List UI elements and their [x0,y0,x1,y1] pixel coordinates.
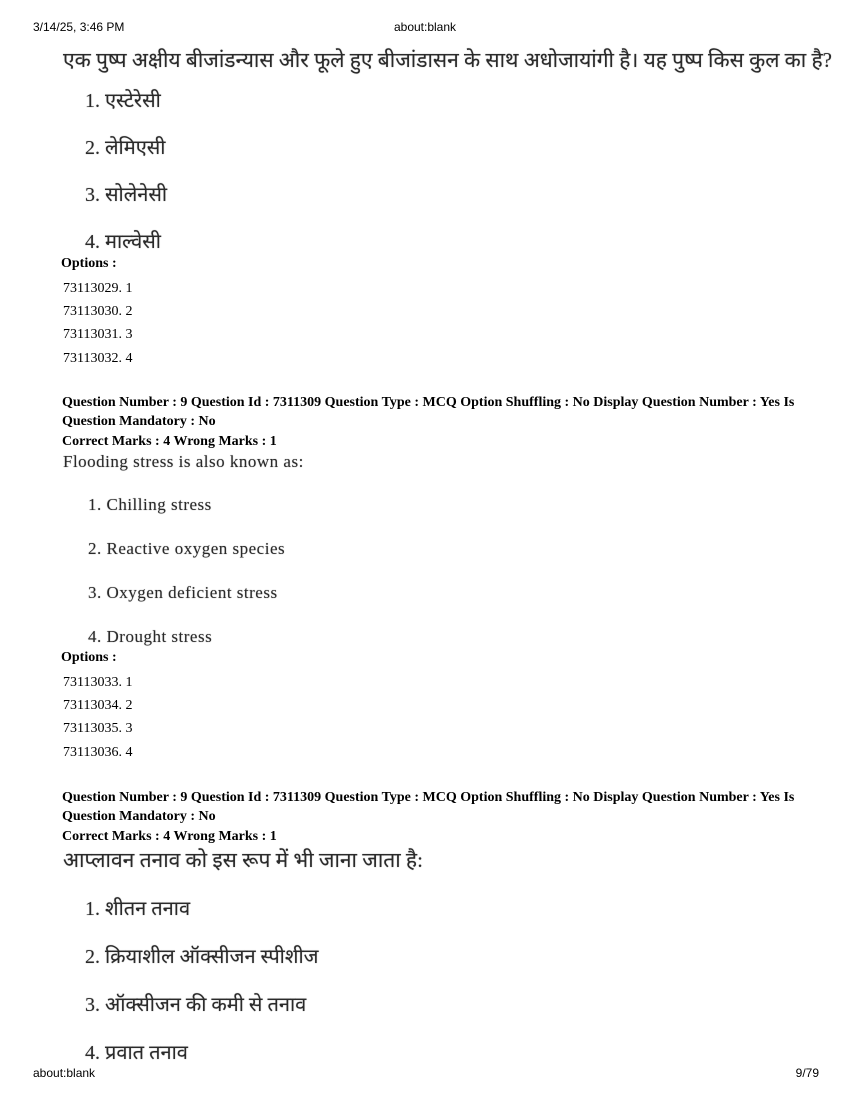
option-id: 73113030. 2 [63,300,132,323]
option-id: 73113035. 3 [63,717,132,740]
question-meta-info: Question Number : 9 Question Id : 731130… [62,394,807,431]
question-text-hindi-1: एक पुष्प अक्षीय बीजांडन्यास और फूले हुए … [63,46,832,74]
question-text-english: Flooding stress is also known as: [63,452,304,472]
option-id: 73113029. 1 [63,277,132,300]
option-id: 73113033. 1 [63,671,132,694]
print-preview-page: 3/14/25, 3:46 PM about:blank एक पुष्प अक… [0,0,850,1100]
question-meta-marks: Correct Marks : 4 Wrong Marks : 1 [62,828,807,847]
option-image: 3. ऑक्सीजन की कमी से तनाव [85,992,318,1018]
option-id: 73113031. 3 [63,323,132,346]
option-image: 2. क्रियाशील ऑक्सीजन स्पीशीज [85,944,318,970]
option-image: 4. Drought stress [88,626,285,648]
option-image: 4. प्रवात तनाव [85,1040,318,1066]
question-meta-marks: Correct Marks : 4 Wrong Marks : 1 [62,433,807,452]
question-meta-block-2: Question Number : 9 Question Id : 731130… [62,789,807,847]
option-image: 1. Chilling stress [88,494,285,516]
option-id-list: 73113033. 1 73113034. 2 73113035. 3 7311… [63,671,132,764]
question-options-hindi-1: 1. एस्टेरेसी 2. लेमिएसी 3. सोलेनेसी 4. म… [85,88,167,276]
footer-url: about:blank [33,1066,95,1080]
question-text-hindi-2: आप्लावन तनाव को इस रूप में भी जाना जाता … [63,846,423,874]
option-id: 73113036. 4 [63,741,132,764]
option-image: 3. Oxygen deficient stress [88,582,285,604]
footer-page-number: 9/79 [796,1066,819,1080]
question-meta-block-1: Question Number : 9 Question Id : 731130… [62,394,807,452]
option-id: 73113032. 4 [63,347,132,370]
options-label: Options : [61,650,117,666]
option-image: 1. शीतन तनाव [85,896,318,922]
option-image: 3. सोलेनेसी [85,182,167,208]
option-id: 73113034. 2 [63,694,132,717]
header-title: about:blank [0,20,850,34]
options-label: Options : [61,256,117,272]
option-image: 1. एस्टेरेसी [85,88,167,114]
option-image: 2. लेमिएसी [85,135,167,161]
option-image: 2. Reactive oxygen species [88,538,285,560]
question-options-hindi-2: 1. शीतन तनाव 2. क्रियाशील ऑक्सीजन स्पीशी… [85,896,318,1088]
question-meta-info: Question Number : 9 Question Id : 731130… [62,789,807,826]
option-image: 4. माल्वेसी [85,229,167,255]
question-options-english: 1. Chilling stress 2. Reactive oxygen sp… [88,494,285,670]
option-id-list: 73113029. 1 73113030. 2 73113031. 3 7311… [63,277,132,370]
